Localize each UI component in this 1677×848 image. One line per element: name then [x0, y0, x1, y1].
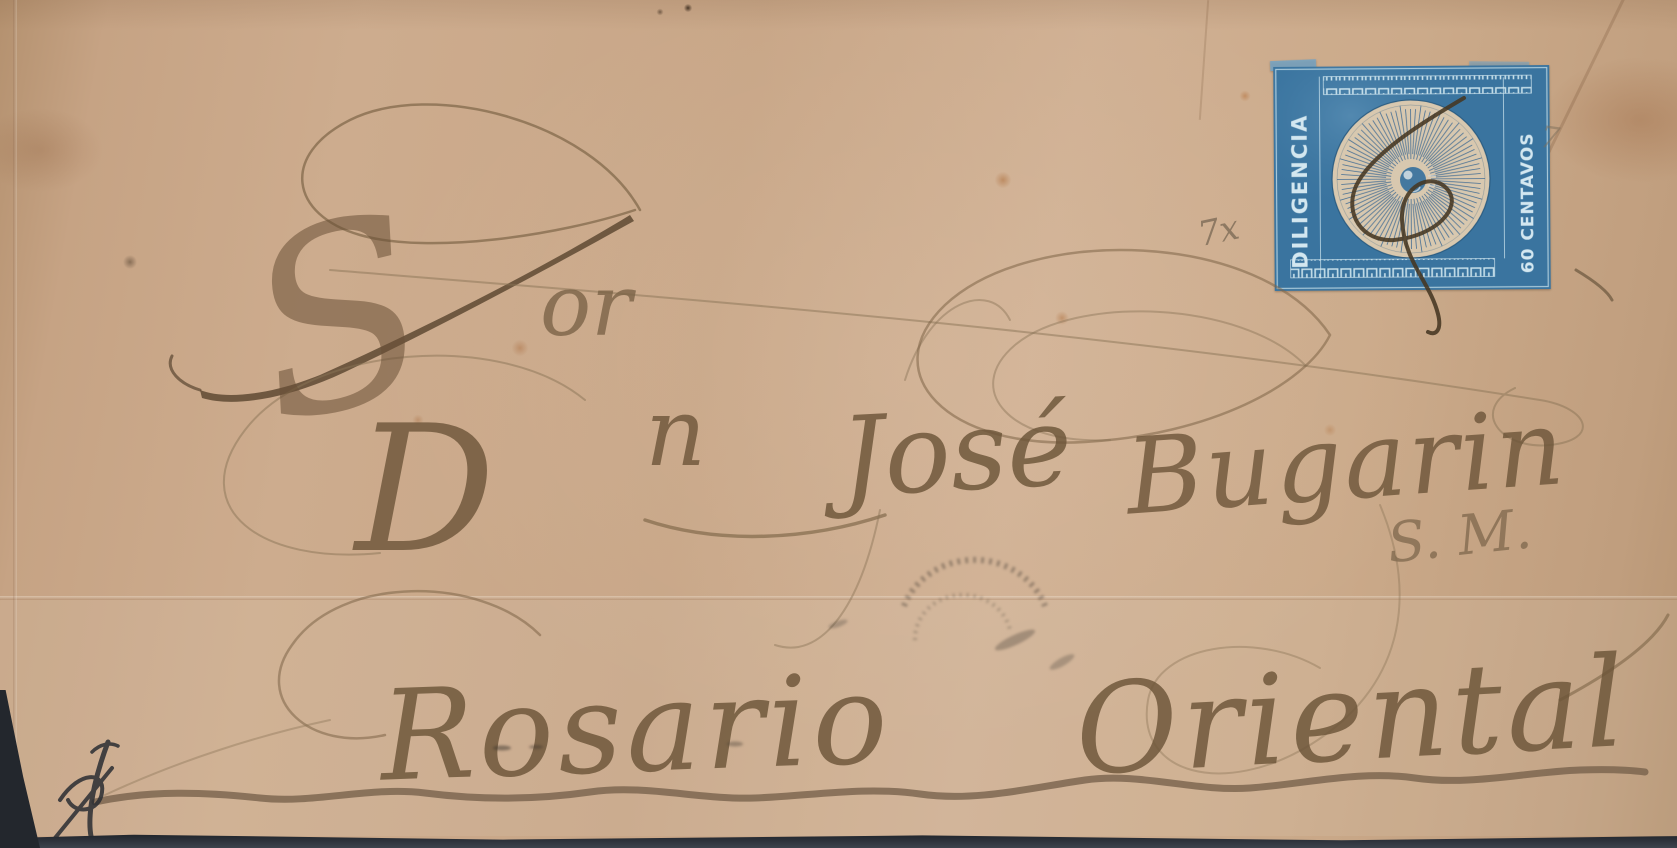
destination-word-1: Rosario — [376, 647, 894, 810]
address-block: S or D n José Bugarin S. M. Rosario Orie… — [220, 157, 1632, 809]
recipient-first-name: José — [818, 382, 1075, 523]
pencil-mark-top-right: 7 — [1538, 120, 1563, 157]
pencil-mark-near-stamp: 7x — [1195, 208, 1243, 256]
honorific-superscript: n — [645, 378, 706, 488]
honorific-initial: D — [352, 389, 495, 592]
salutation-rest: or — [540, 257, 636, 356]
destination-word-2: Oriental — [1072, 630, 1632, 804]
side-note: S. M. — [1384, 496, 1534, 575]
manuscript-layer: S or D n José Bugarin S. M. Rosario Orie… — [0, 0, 1677, 848]
postal-cover: DILIGENCIA 60 CENTAVOS — [0, 0, 1677, 848]
manuscript-cancel — [1352, 98, 1612, 333]
corner-ink-mark — [55, 742, 118, 848]
